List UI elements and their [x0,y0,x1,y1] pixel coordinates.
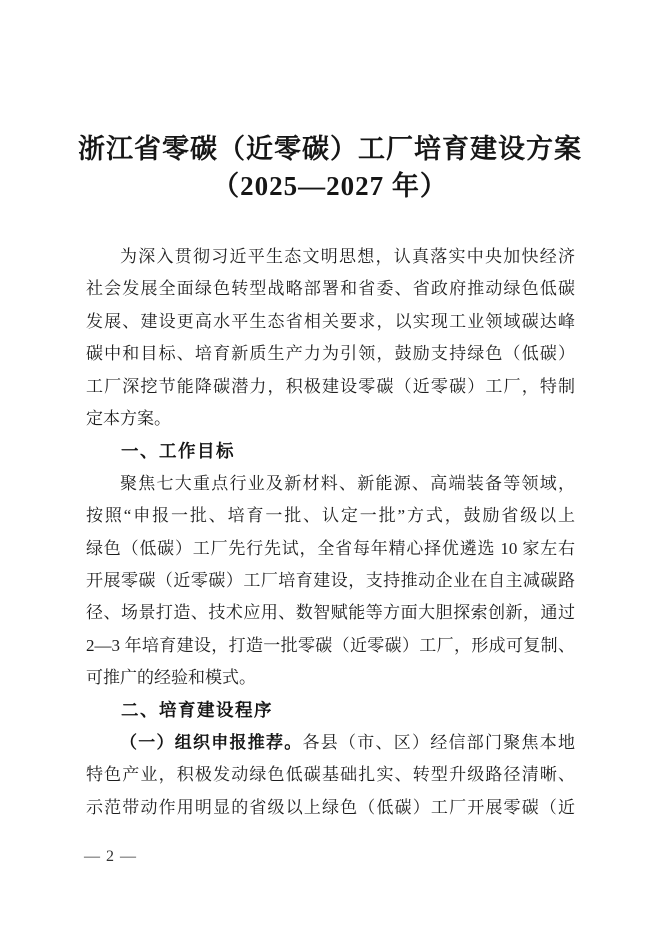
doc-line: 绿色（低碳）工厂先行先试，全省每年精心择优遴选 10 家左右 [86,533,575,565]
doc-title-line2: （2025—2027 年） [0,168,660,205]
doc-line: 工厂深挖节能降碳潜力，积极建设零碳（近零碳）工厂，特制 [86,371,575,403]
doc-line: （一）组织申报推荐。各县（市、区）经信部门聚焦本地 [86,727,575,759]
doc-line: 示范带动作用明显的省级以上绿色（低碳）工厂开展零碳（近 [86,792,575,824]
doc-line-text: 各县（市、区）经信部门聚焦本地 [303,733,576,752]
doc-line: 定本方案。 [86,403,575,435]
doc-line: 2—3 年培育建设，打造一批零碳（近零碳）工厂，形成可复制、 [86,630,575,662]
doc-line: 可推广的经验和模式。 [86,662,575,694]
doc-line: 聚焦七大重点行业及新材料、新能源、高端装备等领域， [86,468,575,500]
section-heading: 二、培育建设程序 [86,694,575,726]
section-heading: 一、工作目标 [86,435,575,467]
doc-body: 为深入贯彻习近平生态文明思想，认真落实中央加快经济社会发展全面绿色转型战略部署和… [86,241,575,824]
doc-title: 浙江省零碳（近零碳）工厂培育建设方案 （2025—2027 年） [0,131,660,205]
doc-line: 为深入贯彻习近平生态文明思想，认真落实中央加快经济 [86,241,575,273]
page-number: — 2 — [84,846,137,868]
doc-line: 社会发展全面绿色转型战略部署和省委、省政府推动绿色低碳 [86,273,575,305]
doc-line: 发展、建设更高水平生态省相关要求，以实现工业领域碳达峰 [86,306,575,338]
document-page: 浙江省零碳（近零碳）工厂培育建设方案 （2025—2027 年） 为深入贯彻习近… [0,0,660,934]
clause-label: （一）组织申报推荐。 [120,733,303,752]
doc-line: 径、场景打造、技术应用、数智赋能等方面大胆探索创新，通过 [86,597,575,629]
doc-line: 特色产业，积极发动绿色低碳基础扎实、转型升级路径清晰、 [86,759,575,791]
doc-line: 碳中和目标、培育新质生产力为引领，鼓励支持绿色（低碳） [86,338,575,370]
doc-title-line1: 浙江省零碳（近零碳）工厂培育建设方案 [0,131,660,168]
doc-line: 按照“申报一批、培育一批、认定一批”方式，鼓励省级以上 [86,500,575,532]
doc-line: 开展零碳（近零碳）工厂培育建设，支持推动企业在自主减碳路 [86,565,575,597]
